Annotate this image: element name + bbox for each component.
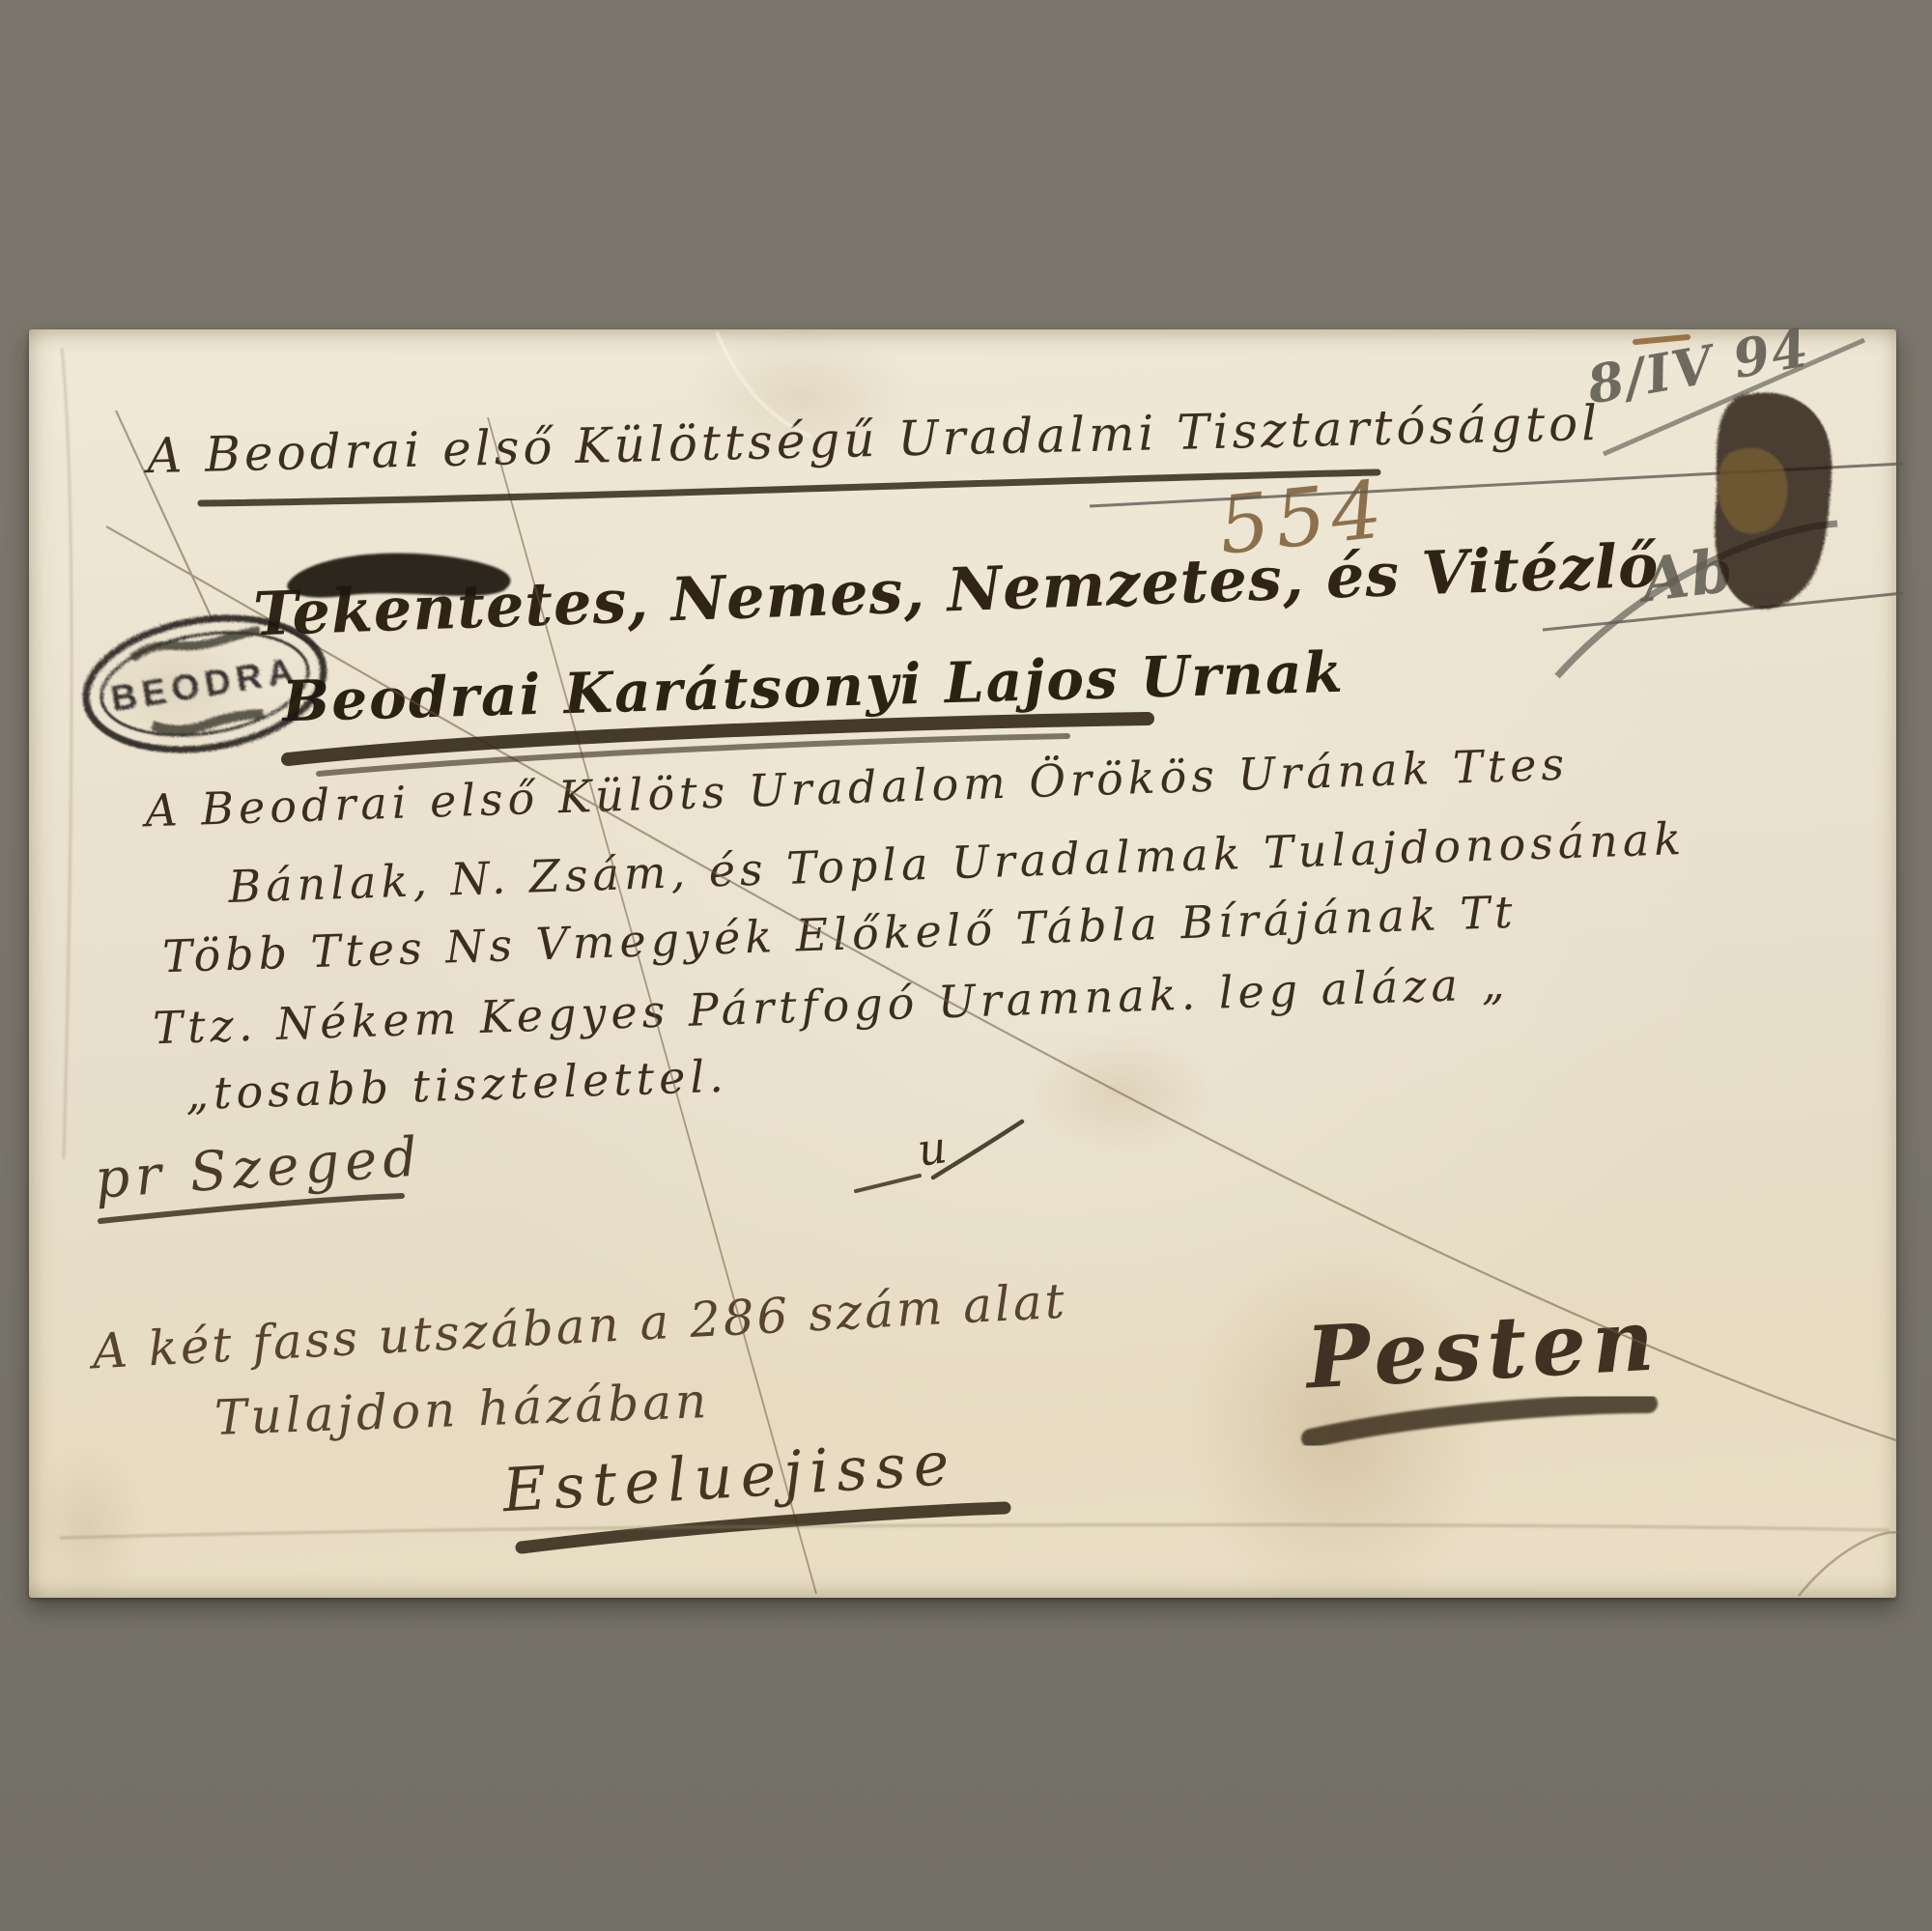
- photo-background: A Beodrai első Külöttségű Uradalmi Tiszt…: [0, 0, 1932, 1931]
- destination-city: Pesten: [1304, 1296, 1662, 1400]
- check-mark: u: [915, 1124, 950, 1173]
